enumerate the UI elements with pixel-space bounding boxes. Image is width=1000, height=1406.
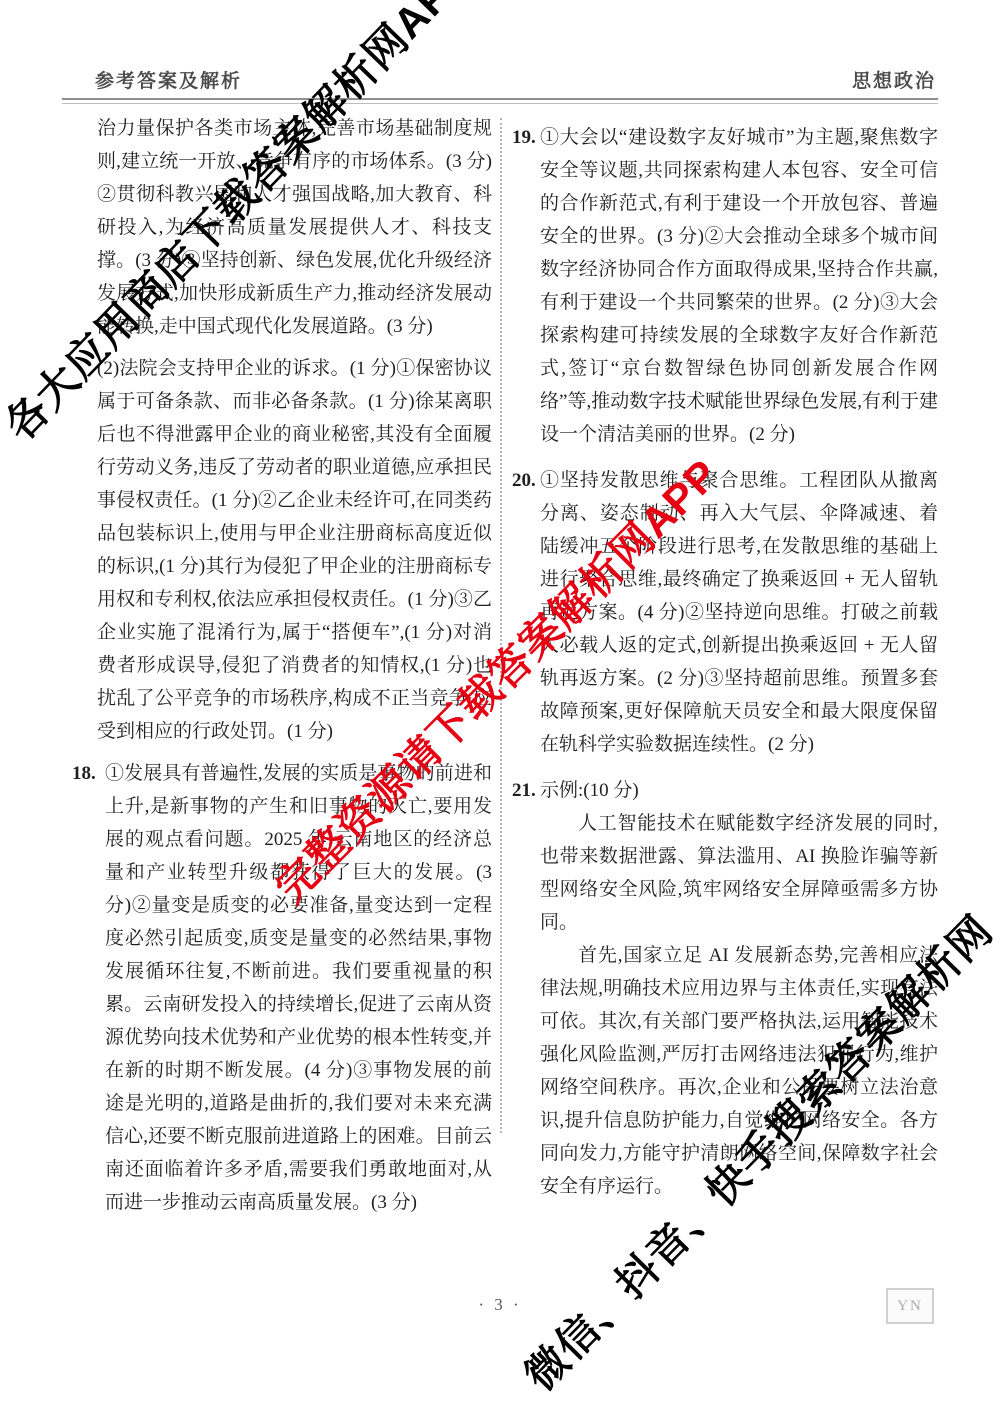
column-divider — [500, 118, 502, 1133]
header-right-title: 思想政治 — [852, 66, 936, 93]
header-left-title: 参考答案及解析 — [95, 66, 242, 93]
right-column: 19. ①大会以“建设数字友好城市”为主题,聚焦数字安全等议题,共同探索构建人本… — [512, 112, 938, 1203]
question-19-number: 19. — [512, 121, 536, 154]
answer-item-21: 21. 示例:(10 分) 人工智能技术在赋能数字经济发展的同时,也带来数据泄露… — [512, 774, 938, 1203]
answer-17-2-paragraph: (2)法院会支持甲企业的诉求。(1 分)①保密协议属于可备条款、而非必备条款。(… — [97, 352, 492, 748]
answer-sheet-page: 参考答案及解析 思想政治 治力量保护各类市场主体,完善市场基础制度规则,建立统一… — [0, 0, 1000, 1406]
answer-20-text: ①坚持发散思维与聚合思维。工程团队从撤离分离、姿态制动、再入大气层、伞降减速、着… — [540, 464, 938, 761]
question-21-number: 21. — [512, 774, 536, 807]
answer-item-20: 20. ①坚持发散思维与聚合思维。工程团队从撤离分离、姿态制动、再入大气层、伞降… — [512, 464, 938, 761]
corner-code-badge: YN — [886, 1288, 934, 1324]
question-18-number: 18. — [72, 757, 96, 790]
answer-item-19: 19. ①大会以“建设数字友好城市”为主题,聚焦数字安全等议题,共同探索构建人本… — [512, 121, 938, 451]
answer-17-1-continuation: 治力量保护各类市场主体,完善市场基础制度规则,建立统一开放、竞争有序的市场体系。… — [97, 112, 492, 343]
answer-19-text: ①大会以“建设数字友好城市”为主题,聚焦数字安全等议题,共同探索构建人本包容、安… — [540, 121, 938, 451]
left-column: 治力量保护各类市场主体,完善市场基础制度规则,建立统一开放、竞争有序的市场体系。… — [72, 112, 492, 1219]
answer-21-intro: 示例:(10 分) — [540, 774, 938, 807]
page-number: · 3 · — [0, 1295, 1000, 1315]
header-divider-rule — [62, 98, 938, 104]
question-20-number: 20. — [512, 464, 536, 497]
answer-21-paragraph-2: 首先,国家立足 AI 发展新态势,完善相应法律法规,明确技术应用边界与主体责任,… — [540, 939, 938, 1203]
answer-item-18: 18. ①发展具有普遍性,发展的实质是事物的前进和上升,是新事物的产生和旧事物的… — [72, 757, 492, 1219]
answer-18-text: ①发展具有普遍性,发展的实质是事物的前进和上升,是新事物的产生和旧事物的灭亡,要… — [105, 757, 492, 1219]
answer-21-paragraph-1: 人工智能技术在赋能数字经济发展的同时,也带来数据泄露、算法滥用、AI 换脸诈骗等… — [540, 807, 938, 939]
